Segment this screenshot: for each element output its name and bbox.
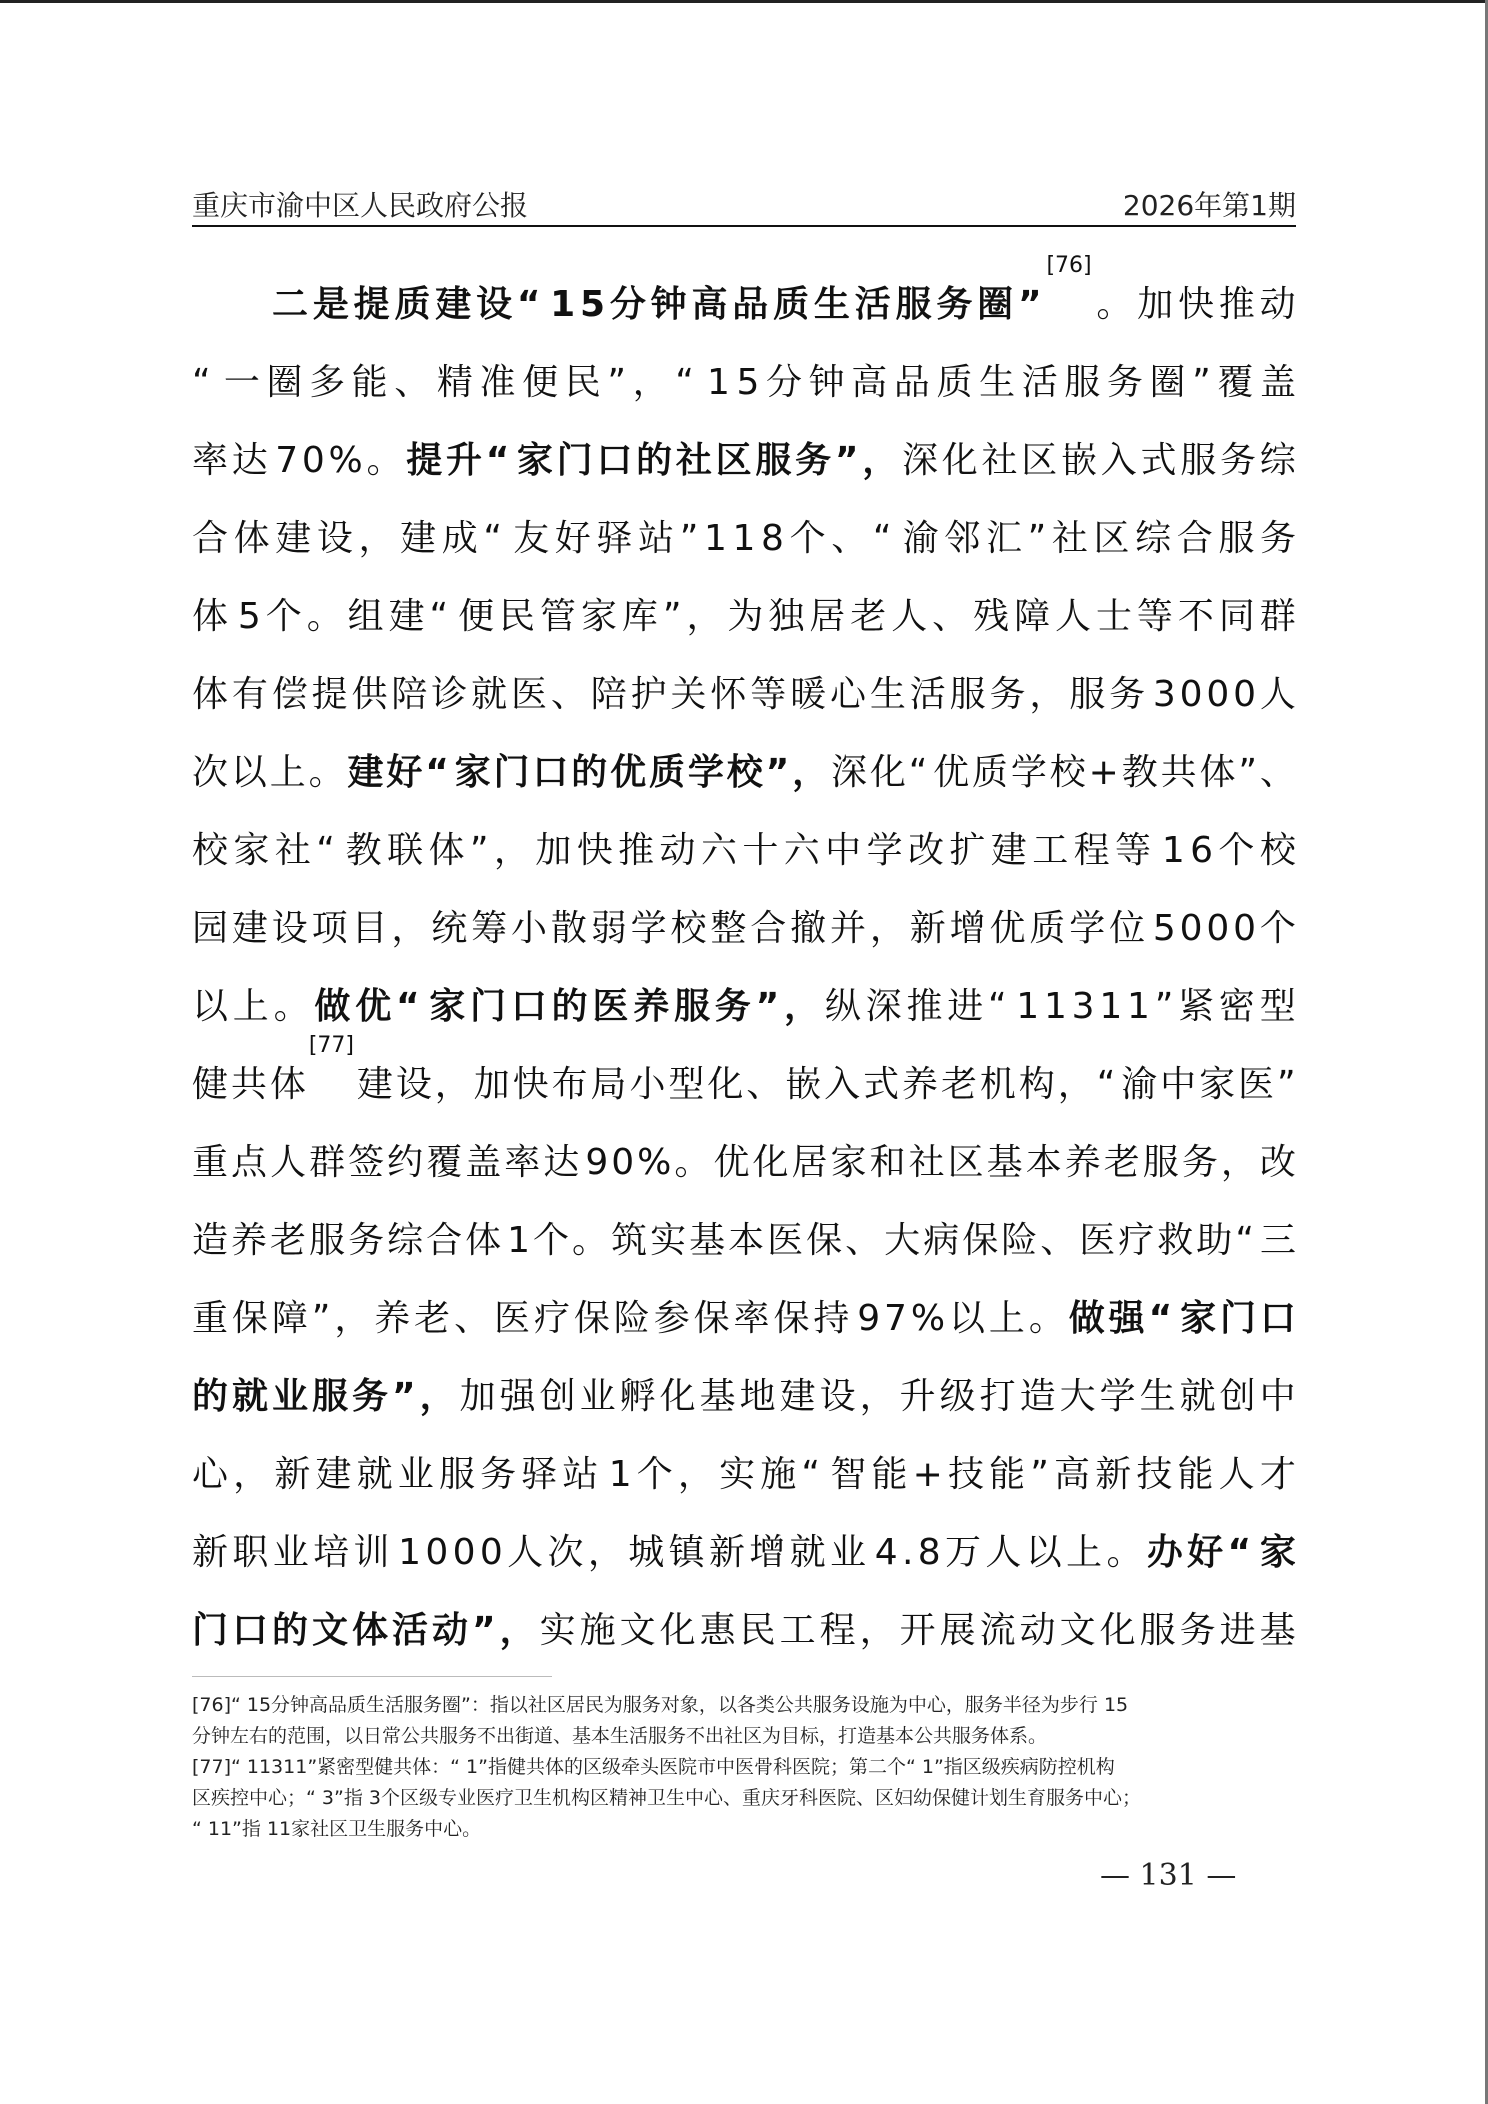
footnote-line: 分钟左右的范围，以日常公共服务不出街道、基本生活服务不出社区为目标，打造基本公共… xyxy=(192,1721,1296,1752)
body-line: 新职业培训 1000人次，城镇新增就业 4.8万人以上。办好“ 家 xyxy=(192,1514,1296,1592)
body-line: 的就业服务”，加强创业孵化基地建设，升级打造大学生就创中 xyxy=(192,1358,1296,1436)
footnote-rule xyxy=(192,1676,552,1677)
body-line: 门口的文体活动”，实施文化惠民工程，开展流动文化服务进基 xyxy=(192,1592,1296,1670)
body-line: 次以上。建好“ 家门口的优质学校”，深化“ 优质学校+教共体”、 xyxy=(192,734,1296,812)
body-line: 重点人群签约覆盖率达 90%。优化居家和社区基本养老服务，改 xyxy=(192,1124,1296,1202)
footnote-line: [77]“ 11311”紧密型健共体：“ 1”指健共体的区级牵头医院市中医骨科医… xyxy=(192,1752,1296,1783)
body-line: “ 一圈多能、精准便民”，“ 15分钟高品质生活服务圈”覆盖 xyxy=(192,344,1296,422)
body-line: 重保障”，养老、医疗保险参保率保持 97%以上。做强“ 家门口 xyxy=(192,1280,1296,1358)
body-line: 健共体[77]建设，加快布局小型化、嵌入式养老机构，“ 渝中家医” xyxy=(192,1046,1296,1124)
issue-number: 2026年第1期 xyxy=(1123,184,1296,224)
body-line: 率达 70%。提升“ 家门口的社区服务”，深化社区嵌入式服务综 xyxy=(192,422,1296,500)
footnote-line: “ 11”指 11家社区卫生服务中心。 xyxy=(192,1814,1296,1845)
body-line: 体有偿提供陪诊就医、陪护关怀等暖心生活服务，服务 3000人 xyxy=(192,656,1296,734)
body-line: 合体建设，建成“ 友好驿站”118个、“ 渝邻汇”社区综合服务 xyxy=(192,500,1296,578)
page-number: — 131 — xyxy=(1100,1858,1236,1893)
footnote-line: [76]“ 15分钟高品质生活服务圈”：指以社区居民为服务对象，以各类公共服务设… xyxy=(192,1690,1296,1721)
body-line: 造养老服务综合体 1个。筑实基本医保、大病保险、医疗救助“ 三 xyxy=(192,1202,1296,1280)
body-line: 以上。做优“ 家门口的医养服务”，纵深推进“ 11311”紧密型 xyxy=(192,968,1296,1046)
footnote-ref[interactable]: [76] xyxy=(1046,266,1091,344)
footnote-line: 区疾控中心；“ 3”指 3个区级专业医疗卫生机构区精神卫生中心、重庆牙科医院、区… xyxy=(192,1783,1296,1814)
footnote-ref[interactable]: [77] xyxy=(309,1046,354,1124)
publication-title: 重庆市渝中区人民政府公报 xyxy=(192,184,528,224)
header-rule xyxy=(192,225,1296,227)
running-header: 重庆市渝中区人民政府公报 2026年第1期 xyxy=(192,178,1296,224)
footnotes: [76]“ 15分钟高品质生活服务圈”：指以社区居民为服务对象，以各类公共服务设… xyxy=(192,1690,1296,1845)
top-border xyxy=(0,0,1488,3)
body-text: 二是提质建设“ 15分钟高品质生活服务圈”[76]。加快推动“ 一圈多能、精准便… xyxy=(192,266,1296,1670)
body-line: 体 5个。组建“ 便民管家库”，为独居老人、残障人士等不同群 xyxy=(192,578,1296,656)
body-line: 校家社“ 教联体”，加快推动六十六中学改扩建工程等 16个校 xyxy=(192,812,1296,890)
body-line: 心，新建就业服务驿站 1个，实施“ 智能+技能”高新技能人才 xyxy=(192,1436,1296,1514)
body-line: 园建设项目，统筹小散弱学校整合撤并，新增优质学位 5000个 xyxy=(192,890,1296,968)
body-line: 二是提质建设“ 15分钟高品质生活服务圈”[76]。加快推动 xyxy=(192,266,1296,344)
